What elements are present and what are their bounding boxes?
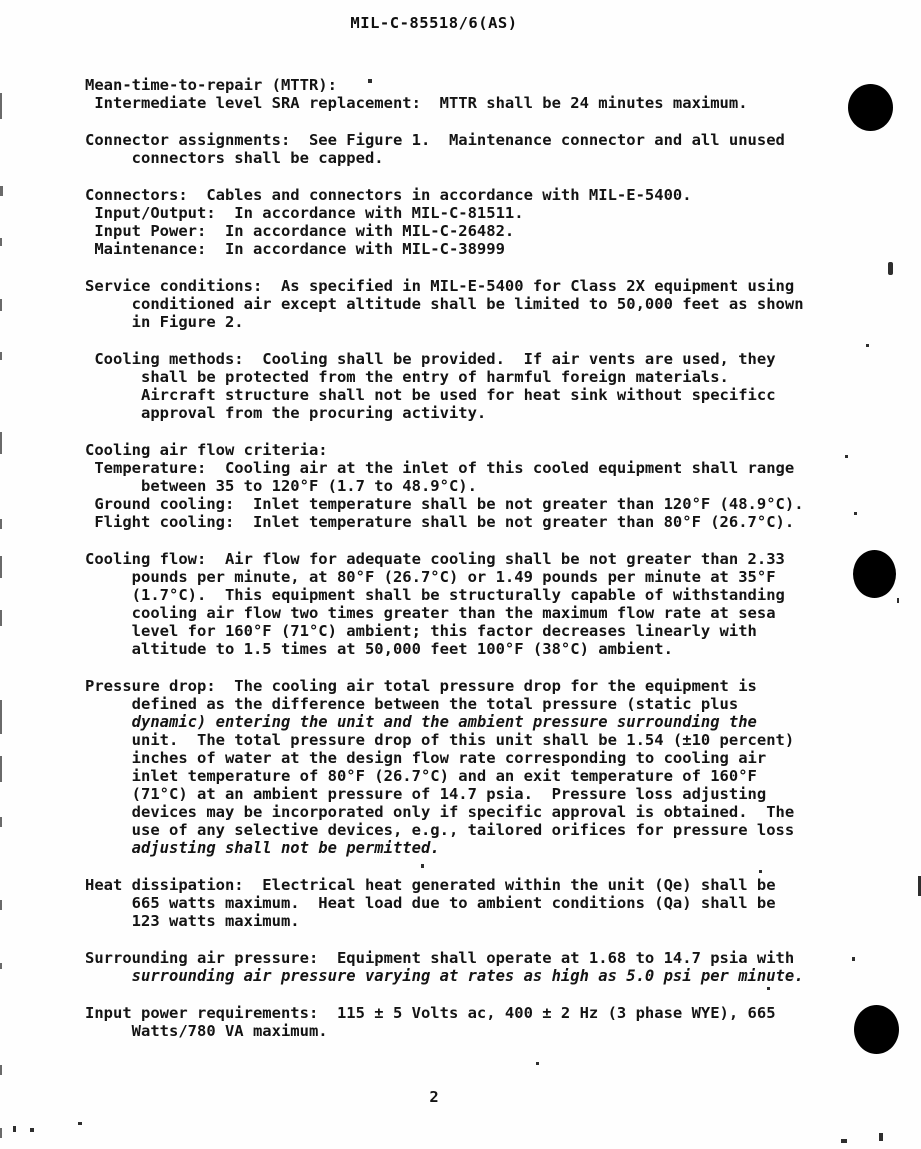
document-page: MIL-C-85518/6(AS) Mean-time-to-repair (M… xyxy=(0,0,921,1149)
text-line: Cooling air flow criteria: xyxy=(85,441,804,459)
text-line: Input power requirements: 115 ± 5 Volts … xyxy=(85,1004,804,1022)
scan-speckle xyxy=(852,957,855,961)
scan-speckle xyxy=(0,186,3,196)
text-line: Aircraft structure shall not be used for… xyxy=(85,386,804,404)
text-line: devices may be incorporated only if spec… xyxy=(85,803,804,821)
text-line: dynamic) entering the unit and the ambie… xyxy=(85,713,804,731)
text-line: Maintenance: In accordance with MIL-C-38… xyxy=(85,240,804,258)
text-line: inlet temperature of 80°F (26.7°C) and a… xyxy=(85,767,804,785)
text-line: Cooling methods: Cooling shall be provid… xyxy=(85,350,804,368)
scan-speckle xyxy=(0,299,2,311)
scan-speckle xyxy=(759,870,762,873)
paragraph: Heat dissipation: Electrical heat genera… xyxy=(85,876,804,930)
text-line: Connector assignments: See Figure 1. Mai… xyxy=(85,131,804,149)
paragraph: Pressure drop: The cooling air total pre… xyxy=(85,677,804,857)
text-line: 665 watts maximum. Heat load due to ambi… xyxy=(85,894,804,912)
text-line: altitude to 1.5 times at 50,000 feet 100… xyxy=(85,640,804,658)
paragraph: Cooling methods: Cooling shall be provid… xyxy=(85,350,804,422)
text-line: Input Power: In accordance with MIL-C-26… xyxy=(85,222,804,240)
paragraph: Connector assignments: See Figure 1. Mai… xyxy=(85,131,804,167)
text-line: Watts/780 VA maximum. xyxy=(85,1022,804,1040)
scan-speckle xyxy=(0,900,2,910)
scan-speckle xyxy=(845,455,848,458)
text-line: between 35 to 120°F (1.7 to 48.9°C). xyxy=(85,477,804,495)
scan-speckle xyxy=(13,1126,16,1132)
text-line: Ground cooling: Inlet temperature shall … xyxy=(85,495,804,513)
text-line: Input/Output: In accordance with MIL-C-8… xyxy=(85,204,804,222)
text-line: surrounding air pressure varying at rate… xyxy=(85,967,804,985)
scan-speckle xyxy=(879,1133,883,1141)
scan-speckle xyxy=(536,1062,539,1065)
scan-speckle xyxy=(0,756,2,782)
hole-punch-mark xyxy=(848,84,893,131)
text-line: Heat dissipation: Electrical heat genera… xyxy=(85,876,804,894)
scan-speckle xyxy=(0,432,2,454)
text-line: connectors shall be capped. xyxy=(85,149,804,167)
scan-speckle xyxy=(866,344,869,347)
scan-speckle xyxy=(841,1139,847,1143)
text-line: Cooling flow: Air flow for adequate cool… xyxy=(85,550,804,568)
text-line: Flight cooling: Inlet temperature shall … xyxy=(85,513,804,531)
page-title: MIL-C-85518/6(AS) xyxy=(0,14,868,32)
scan-speckle xyxy=(421,864,424,868)
text-line: (1.7°C). This equipment shall be structu… xyxy=(85,586,804,604)
text-line: level for 160°F (71°C) ambient; this fac… xyxy=(85,622,804,640)
hole-punch-mark xyxy=(853,550,896,598)
scan-speckle xyxy=(368,79,372,83)
paragraph: Connectors: Cables and connectors in acc… xyxy=(85,186,804,258)
scan-speckle xyxy=(0,1065,2,1075)
text-line: pounds per minute, at 80°F (26.7°C) or 1… xyxy=(85,568,804,586)
hole-punch-mark xyxy=(854,1005,899,1054)
paragraph: Service conditions: As specified in MIL-… xyxy=(85,277,804,331)
scan-speckle xyxy=(0,93,2,119)
scan-speckle xyxy=(0,963,2,969)
text-line: Pressure drop: The cooling air total pre… xyxy=(85,677,804,695)
text-line: adjusting shall not be permitted. xyxy=(85,839,804,857)
scan-speckle xyxy=(854,512,857,515)
text-line: Mean-time-to-repair (MTTR): xyxy=(85,76,804,94)
scan-speckle xyxy=(897,598,899,603)
text-line: Temperature: Cooling air at the inlet of… xyxy=(85,459,804,477)
paragraph: Mean-time-to-repair (MTTR): Intermediate… xyxy=(85,76,804,112)
scan-speckle xyxy=(0,519,2,529)
text-line: shall be protected from the entry of har… xyxy=(85,368,804,386)
text-line: defined as the difference between the to… xyxy=(85,695,804,713)
scan-speckle xyxy=(0,817,2,827)
document-body: Mean-time-to-repair (MTTR): Intermediate… xyxy=(85,76,804,1059)
scan-speckle xyxy=(0,1128,2,1138)
text-line: use of any selective devices, e.g., tail… xyxy=(85,821,804,839)
scan-speckle xyxy=(0,556,2,578)
scan-speckle xyxy=(0,610,2,626)
scan-speckle xyxy=(0,352,2,360)
scan-speckle xyxy=(888,262,893,275)
text-line: Service conditions: As specified in MIL-… xyxy=(85,277,804,295)
scan-speckle xyxy=(767,987,770,990)
scan-speckle xyxy=(0,700,2,734)
scan-speckle xyxy=(0,238,2,246)
scan-speckle xyxy=(30,1128,34,1132)
paragraph: Cooling flow: Air flow for adequate cool… xyxy=(85,550,804,658)
text-line: 123 watts maximum. xyxy=(85,912,804,930)
paragraph: Cooling air flow criteria: Temperature: … xyxy=(85,441,804,531)
text-line: approval from the procuring activity. xyxy=(85,404,804,422)
paragraph: Input power requirements: 115 ± 5 Volts … xyxy=(85,1004,804,1040)
page-number: 2 xyxy=(0,1088,868,1106)
scan-speckle xyxy=(78,1122,82,1125)
text-line: in Figure 2. xyxy=(85,313,804,331)
text-line: conditioned air except altitude shall be… xyxy=(85,295,804,313)
text-line: inches of water at the design flow rate … xyxy=(85,749,804,767)
text-line: Connectors: Cables and connectors in acc… xyxy=(85,186,804,204)
paragraph: Surrounding air pressure: Equipment shal… xyxy=(85,949,804,985)
text-line: unit. The total pressure drop of this un… xyxy=(85,731,804,749)
text-line: (71°C) at an ambient pressure of 14.7 ps… xyxy=(85,785,804,803)
text-line: cooling air flow two times greater than … xyxy=(85,604,804,622)
text-line: Surrounding air pressure: Equipment shal… xyxy=(85,949,804,967)
text-line: Intermediate level SRA replacement: MTTR… xyxy=(85,94,804,112)
